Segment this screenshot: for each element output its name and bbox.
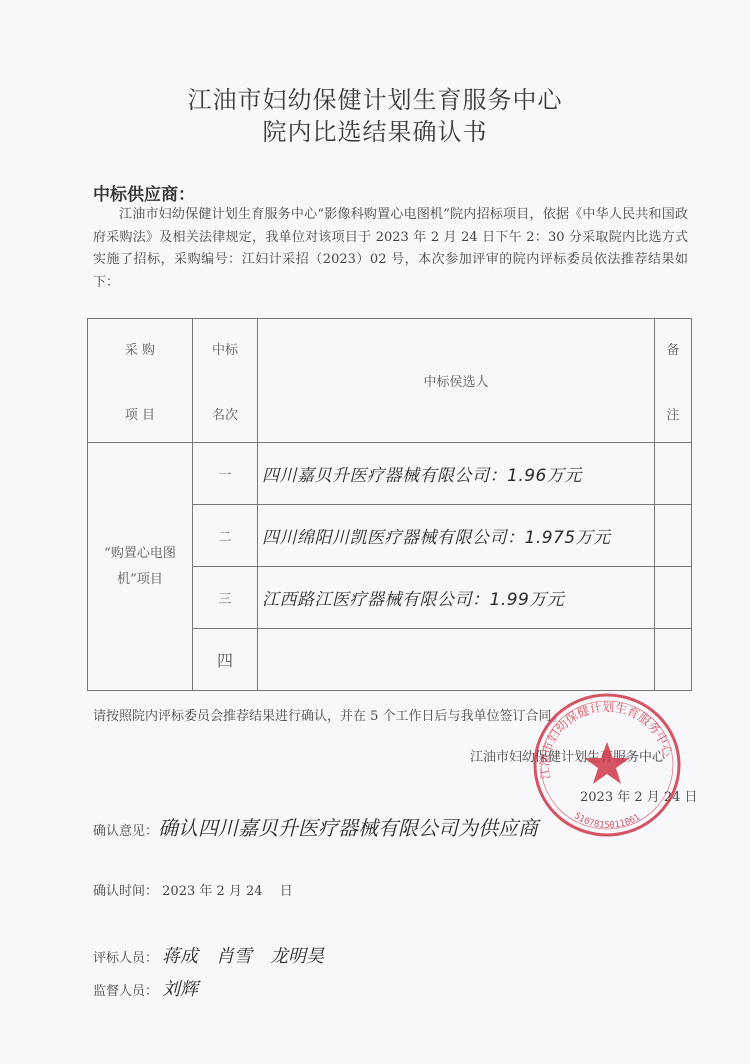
candidate-cell: 四川嘉贝升医疗器械有限公司：1.96万元: [258, 443, 655, 505]
confirm-opinion-label: 确认意见：: [93, 820, 158, 839]
document-title: 江油市妇幼保健计划生育服务中心: [0, 80, 750, 115]
header-procurement-item: 采 购 项 目: [88, 319, 193, 443]
confirm-time-label: 确认时间：: [93, 884, 158, 899]
header-rank: 中标 名次: [193, 319, 258, 443]
results-table: 采 购 项 目 中标 名次 中标侯选人 备 注 “购置心电图机”项目 一 四川嘉…: [87, 318, 692, 691]
issuer-name: 江油市妇幼保健计划生育服务中心: [470, 746, 665, 765]
rank-cell: 二: [193, 505, 258, 567]
svg-text:5107815011861: 5107815011861: [572, 811, 642, 831]
reviewers: 评标人员： 蒋成 肖雪 龙明昊: [93, 942, 338, 968]
header-candidate: 中标侯选人: [258, 319, 655, 443]
reviewer-signature: 蒋成: [162, 942, 198, 968]
remark-cell: [655, 629, 692, 691]
reviewer-signature: 龙明昊: [270, 942, 324, 968]
reviewers-label: 评标人员：: [93, 947, 158, 966]
remark-cell: [655, 505, 692, 567]
document-subtitle: 院内比选结果确认书: [0, 112, 750, 147]
table-header-row: 采 购 项 目 中标 名次 中标侯选人 备 注: [88, 319, 692, 443]
section-heading: 中标供应商：: [93, 180, 195, 205]
confirm-time-value: 2023 年 2 月 24 日: [162, 884, 293, 899]
confirm-time: 确认时间： 2023 年 2 月 24 日: [93, 880, 293, 899]
supervisor: 监督人员： 刘辉: [93, 975, 212, 1001]
rank-cell: 一: [193, 443, 258, 505]
confirm-opinion-value: 确认四川嘉贝升医疗器械有限公司为供应商: [158, 812, 538, 841]
rank-cell: 三: [193, 567, 258, 629]
supervisor-signature: 刘辉: [162, 975, 198, 1001]
confirm-opinion: 确认意见： 确认四川嘉贝升医疗器械有限公司为供应商: [93, 812, 538, 841]
table-row: “购置心电图机”项目 一 四川嘉贝升医疗器械有限公司：1.96万元: [88, 443, 692, 505]
footer-note: 请按照院内评标委员会推荐结果进行确认，并在 5 个工作日后与我单位签订合同。: [93, 705, 565, 724]
intro-paragraph: 江油市妇幼保健计划生育服务中心“影像科购置心电图机”院内招标项目，依据《中华人民…: [93, 204, 688, 294]
supervisor-label: 监督人员：: [93, 980, 158, 999]
reviewer-signature: 肖雪: [216, 942, 252, 968]
header-remark: 备 注: [655, 319, 692, 443]
remark-cell: [655, 443, 692, 505]
remark-cell: [655, 567, 692, 629]
rank-cell: 四: [193, 629, 258, 691]
candidate-cell: 江西路江医疗器械有限公司：1.99万元: [258, 567, 655, 629]
project-name: “购置心电图机”项目: [88, 443, 193, 691]
candidate-cell: [258, 629, 655, 691]
issue-date: 2023 年 2 月 24 日: [580, 786, 698, 805]
candidate-cell: 四川绵阳川凯医疗器械有限公司：1.975万元: [258, 505, 655, 567]
